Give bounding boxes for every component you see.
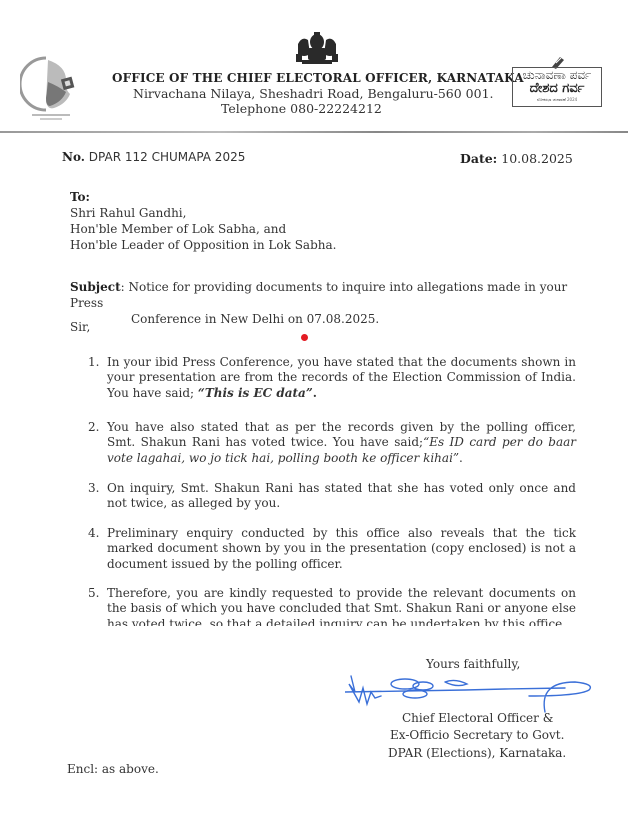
paragraph-1: 1. In your ibid Press Conference, you ha… [88,355,576,401]
paragraph-3: 3. On inquiry, Smt. Shakun Rani has stat… [88,481,576,512]
red-marker-dot [301,334,308,341]
campaign-badge-line2: ದೇಶದ ಗರ್ವ [513,81,601,96]
campaign-badge-line3: ಲೋಕಸಭಾ ಚುನಾವಣೆ 2024 [513,97,601,102]
paragraph-number: 5. [88,586,99,601]
paragraph-text: Preliminary enquiry conducted by this of… [107,526,576,572]
designation-line: Ex-Officio Secretary to Govt. [390,728,564,742]
addressee-line: Hon'ble Member of Lok Sabha, and [70,222,286,236]
paragraph-4: 4. Preliminary enquiry conducted by this… [88,526,576,572]
date-label: Date: [460,151,497,166]
complimentary-close: Yours faithfully, [426,657,520,671]
office-address: Nirvachana Nilaya, Sheshadri Road, Benga… [133,86,494,101]
subject-label: Subject [70,280,121,294]
designation-line: Chief Electoral Officer & [402,711,553,725]
addressee-line: Hon'ble Leader of Opposition in Lok Sabh… [70,238,336,252]
karnataka-map-logo-icon [20,52,82,124]
office-title: OFFICE OF THE CHIEF ELECTORAL OFFICER, K… [112,71,524,85]
addressee-line: Shri Rahul Gandhi, [70,206,186,220]
state-emblem-icon [288,30,346,68]
paragraph-2: 2. You have also stated that as per the … [88,420,576,466]
paragraph-number: 3. [88,481,99,496]
election-campaign-badge: ಚುನಾವಣಾ ಪರ್ವ ದೇಶದ ಗರ್ವ ಲೋಕಸಭಾ ಚುನಾವಣೆ 20… [512,67,602,107]
letter-date: Date: 10.08.2025 [460,151,573,166]
subject-line1: : Notice for providing documents to inqu… [70,280,567,310]
paragraph-text: In your ibid Press Conference, you have … [107,355,576,400]
paragraph-number: 1. [88,355,99,370]
paragraph-number: 2. [88,420,99,435]
office-telephone: Telephone 080-22224212 [221,101,382,116]
date-value: 10.08.2025 [501,151,573,166]
addressee-label: To: [70,190,90,204]
paragraph-5: 5. Therefore, you are kindly requested t… [88,586,576,626]
salutation: Sir, [70,320,90,334]
paragraph-number: 4. [88,526,99,541]
enclosure-note: Encl: as above. [67,762,159,776]
designation-line: DPAR (Elections), Karnataka. [388,746,566,760]
reference-number-label: No. [62,150,85,164]
subject: Subject: Notice for providing documents … [70,279,590,327]
paragraph-quote: “This is EC data” [198,386,313,400]
paragraph-text: On inquiry, Smt. Shakun Rani has stated … [107,481,576,512]
subject-line2: Conference in New Delhi on 07.08.2025. [70,311,590,327]
header-divider [0,131,628,133]
signature-icon [345,672,595,716]
paragraph-end: . [459,451,463,465]
reference-number-value: DPAR 112 CHUMAPA 2025 [89,150,246,164]
paragraph-end: . [313,386,317,400]
paragraph-text: Therefore, you are kindly requested to p… [107,586,576,626]
reference-number: No. DPAR 112 CHUMAPA 2025 [62,150,245,164]
